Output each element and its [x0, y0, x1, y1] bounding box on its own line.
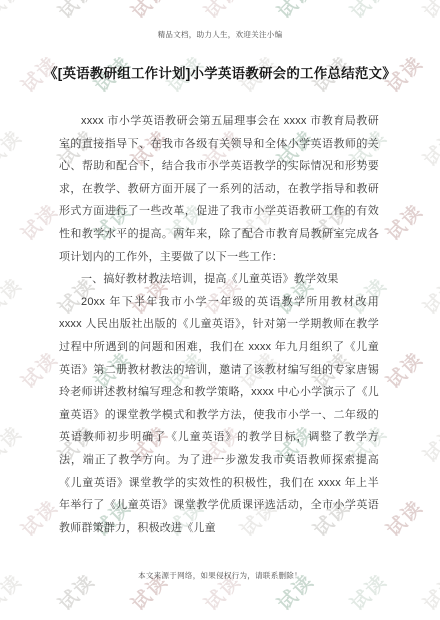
document-body: xxxx 市小学英语教研会第五届理事会在 xxxx 市教育局教研室的直接指导下、…: [59, 110, 379, 539]
document-page: 试读试读试读试读试读试读试读试读试读试读试读试读试读试读试读试读试读试读试读试读…: [0, 0, 440, 620]
paragraph: xxxx 市小学英语教研会第五届理事会在 xxxx 市教育局教研室的直接指导下、…: [59, 110, 379, 268]
paragraph: 20xx 年下半年我市小学一年级的英语教学所用教材改用 xxxx 人民出版社出版…: [59, 291, 379, 540]
footer-note: 本文来源于网络，如果侵权行为，请联系删除！: [0, 570, 440, 581]
header-note: 精品文档，助力人生，欢迎关注小编: [0, 29, 440, 40]
section-heading: 一、搞好教材教法培训，提高《儿童英语》教学效果: [59, 268, 379, 291]
document-title: 《[英语教研组工作计划]小学英语教研会的工作总结范文》: [28, 64, 412, 84]
document-content: 精品文档，助力人生，欢迎关注小编 《[英语教研组工作计划]小学英语教研会的工作总…: [0, 0, 440, 620]
